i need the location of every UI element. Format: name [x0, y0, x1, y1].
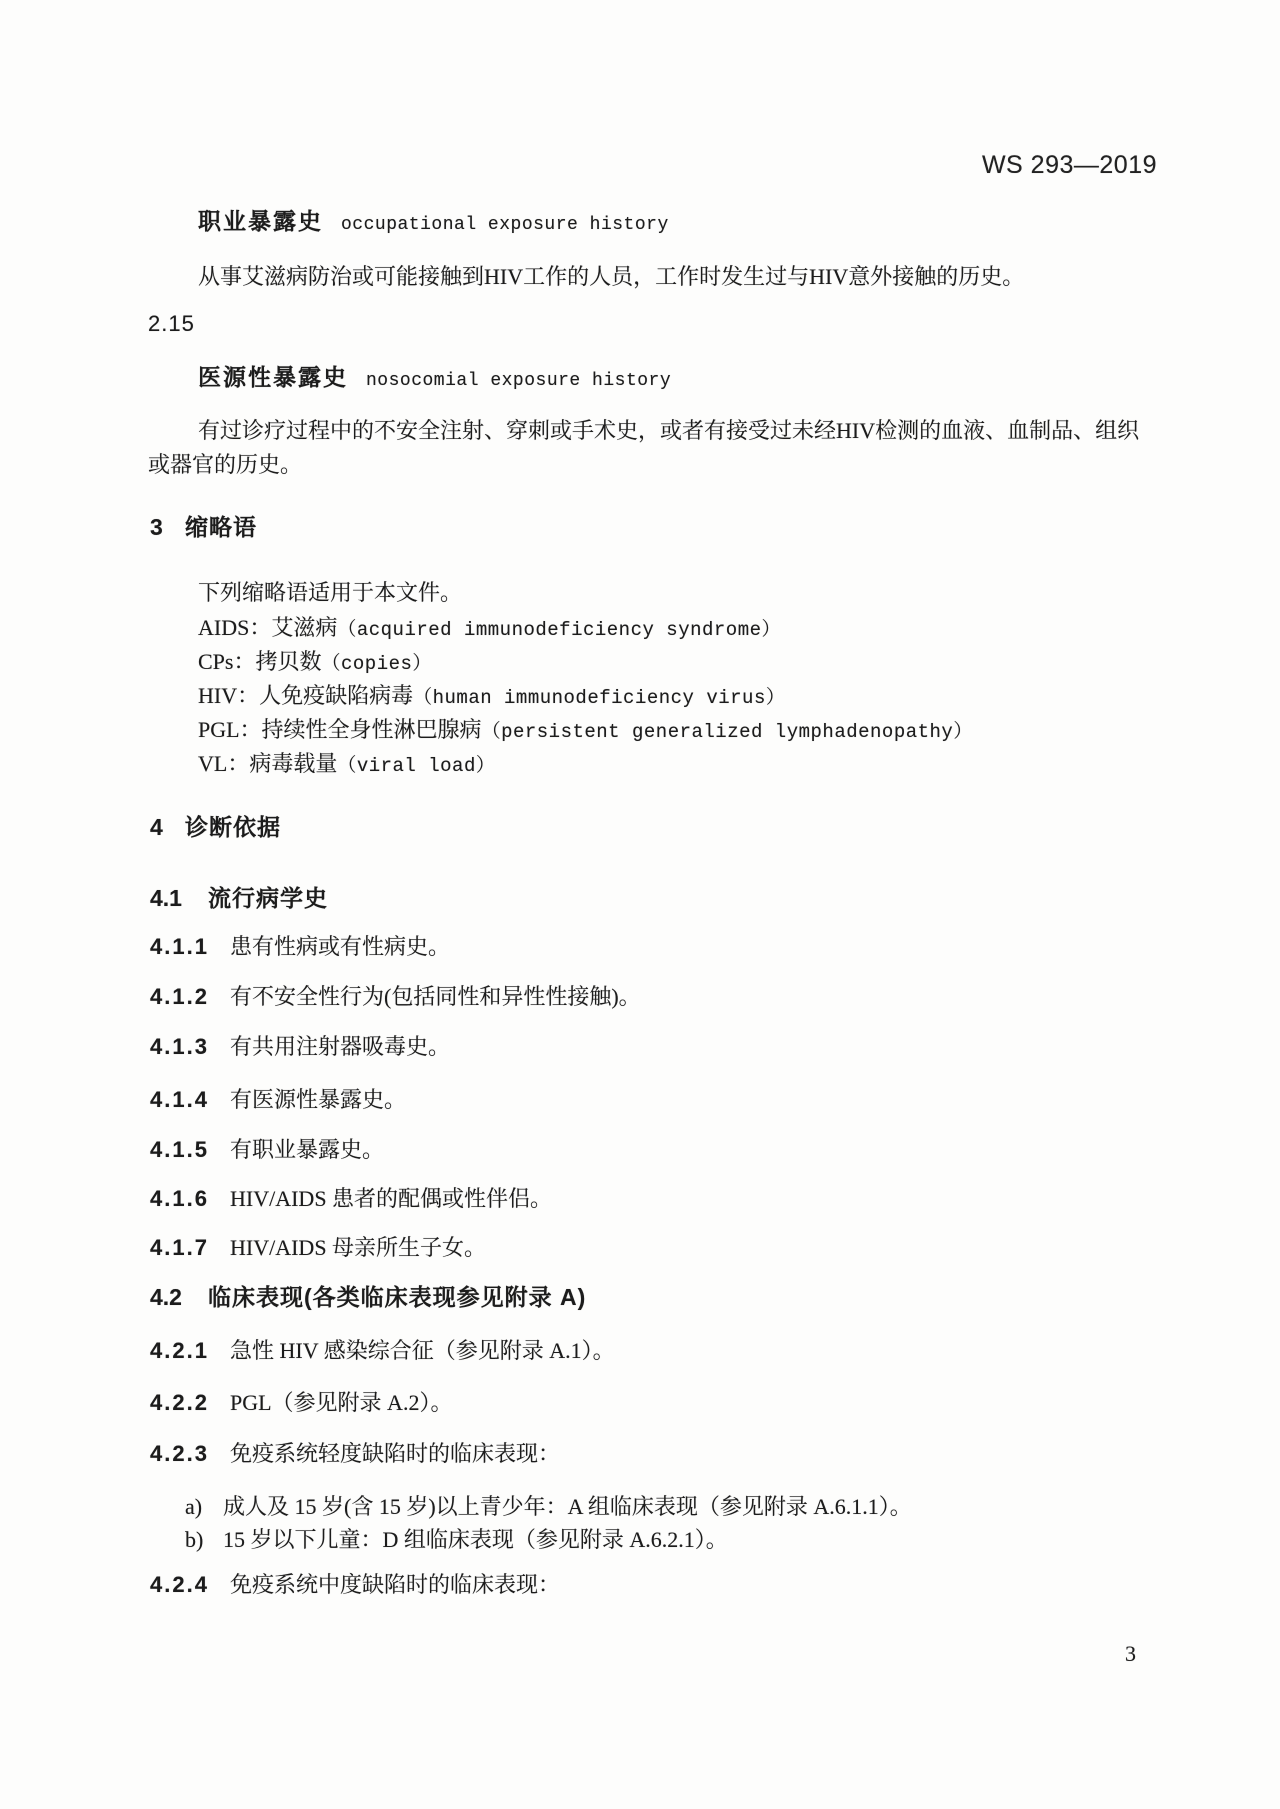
clause-4-1-number: 4.1: [150, 884, 208, 913]
term-occupational-en: occupational exposure history: [341, 215, 669, 235]
abbreviation-hiv: HIV：人免疫缺陷病毒（human immunodeficiency virus…: [198, 682, 785, 711]
clause-3-intro: 下列缩略语适用于本文件。: [198, 579, 462, 607]
clause-4-2-title: 临床表现(各类临床表现参见附录 A): [208, 1284, 586, 1310]
clause-text: 免疫系统中度缺陷时的临床表现：: [230, 1572, 560, 1597]
list-item-text: 15 岁以下儿童：D 组临床表现（参见附录 A.6.2.1）。: [223, 1527, 728, 1552]
abbreviation-vl-en: （viral load）: [337, 755, 495, 777]
clause-number: 4.1.5: [150, 1136, 230, 1164]
abbreviation-vl: VL：病毒载量（viral load）: [198, 750, 495, 779]
clause-text: 免疫系统轻度缺陷时的临床表现：: [230, 1441, 560, 1466]
clause-text: 有不安全性行为(包括同性和异性性接触)。: [230, 984, 641, 1009]
clause-4-1-5: 4.1.5有职业暴露史。: [150, 1136, 384, 1164]
clause-4-1-4: 4.1.4有医源性暴露史。: [150, 1086, 406, 1114]
clause-2-15-number: 2.15: [148, 310, 195, 338]
term-nosocomial-definition-line2: 或器官的历史。: [148, 451, 302, 479]
clause-4-2-3: 4.2.3免疫系统轻度缺陷时的临床表现：: [150, 1440, 560, 1468]
term-occupational-heading: 职业暴露史occupational exposure history: [198, 207, 669, 237]
term-nosocomial-definition-line1: 有过诊疗过程中的不安全注射、穿刺或手术史，或者有接受过未经HIV检测的血液、血制…: [198, 417, 1139, 445]
abbreviation-pgl-zh: PGL：持续性全身性淋巴腺病: [198, 717, 482, 742]
clause-number: 4.1.6: [150, 1185, 230, 1213]
clause-4-1-heading: 4.1流行病学史: [150, 884, 328, 913]
clause-4-1-7: 4.1.7HIV/AIDS 母亲所生子女。: [150, 1234, 486, 1262]
clause-4-2-heading: 4.2临床表现(各类临床表现参见附录 A): [150, 1283, 586, 1312]
clause-4-1-1: 4.1.1患有性病或有性病史。: [150, 933, 450, 961]
term-nosocomial-en: nosocomial exposure history: [366, 371, 671, 391]
standard-number-header: WS 293—2019: [982, 150, 1157, 181]
term-occupational-zh: 职业暴露史: [198, 208, 323, 234]
clause-4-number: 4: [150, 813, 185, 842]
abbreviation-hiv-zh: HIV：人免疫缺陷病毒: [198, 683, 413, 708]
clause-3-number: 3: [150, 513, 185, 542]
clause-text: 有职业暴露史。: [230, 1137, 384, 1162]
clause-number: 4.1.2: [150, 983, 230, 1011]
abbreviation-aids: AIDS：艾滋病（acquired immunodeficiency syndr…: [198, 614, 781, 643]
clause-4-1-title: 流行病学史: [208, 885, 328, 911]
term-nosocomial-zh: 医源性暴露史: [198, 364, 348, 390]
clause-number: 4.2.3: [150, 1440, 230, 1468]
clause-4-1-6: 4.1.6HIV/AIDS 患者的配偶或性伴侣。: [150, 1185, 552, 1213]
clause-text: PGL（参见附录 A.2）。: [230, 1390, 452, 1415]
clause-number: 4.2.4: [150, 1571, 230, 1599]
abbreviation-pgl-en: （persistent generalized lymphadenopathy）: [482, 721, 973, 743]
clause-4-2-4: 4.2.4免疫系统中度缺陷时的临床表现：: [150, 1571, 560, 1599]
abbreviation-aids-zh: AIDS：艾滋病: [198, 615, 337, 640]
list-item-label: a): [185, 1493, 223, 1521]
clause-number: 4.1.3: [150, 1033, 230, 1061]
clause-4-2-3-item-a: a)成人及 15 岁(含 15 岁)以上青少年：A 组临床表现（参见附录 A.6…: [185, 1493, 912, 1521]
clause-number: 4.1.7: [150, 1234, 230, 1262]
clause-number: 4.1.1: [150, 933, 230, 961]
clause-4-heading: 4诊断依据: [150, 813, 281, 842]
clause-4-2-1: 4.2.1急性 HIV 感染综合征（参见附录 A.1）。: [150, 1337, 615, 1365]
term-occupational-definition: 从事艾滋病防治或可能接触到HIV工作的人员，工作时发生过与HIV意外接触的历史。: [198, 263, 1024, 291]
clause-text: 患有性病或有性病史。: [230, 934, 450, 959]
clause-number: 4.2.2: [150, 1389, 230, 1417]
abbreviation-hiv-en: （human immunodeficiency virus）: [413, 687, 785, 709]
abbreviation-cps-en: （copies）: [321, 653, 431, 675]
clause-4-2-number: 4.2: [150, 1283, 208, 1312]
term-nosocomial-heading: 医源性暴露史nosocomial exposure history: [198, 363, 671, 393]
clause-4-1-3: 4.1.3有共用注射器吸毒史。: [150, 1033, 450, 1061]
list-item-text: 成人及 15 岁(含 15 岁)以上青少年：A 组临床表现（参见附录 A.6.1…: [223, 1494, 912, 1519]
clause-4-2-3-item-b: b)15 岁以下儿童：D 组临床表现（参见附录 A.6.2.1）。: [185, 1526, 728, 1554]
clause-text: HIV/AIDS 患者的配偶或性伴侣。: [230, 1186, 552, 1211]
document-page: WS 293—2019 职业暴露史occupational exposure h…: [0, 0, 1280, 1809]
clause-text: 有共用注射器吸毒史。: [230, 1034, 450, 1059]
abbreviation-pgl: PGL：持续性全身性淋巴腺病（persistent generalized ly…: [198, 716, 973, 745]
clause-number: 4.2.1: [150, 1337, 230, 1365]
clause-4-title: 诊断依据: [185, 814, 281, 840]
abbreviation-cps: CPs：拷贝数（copies）: [198, 648, 432, 677]
abbreviation-cps-zh: CPs：拷贝数: [198, 649, 321, 674]
page-number: 3: [1125, 1640, 1136, 1668]
clause-3-heading: 3缩略语: [150, 513, 257, 542]
clause-3-title: 缩略语: [185, 514, 257, 540]
clause-text: 有医源性暴露史。: [230, 1087, 406, 1112]
clause-4-1-2: 4.1.2有不安全性行为(包括同性和异性性接触)。: [150, 983, 641, 1011]
clause-text: HIV/AIDS 母亲所生子女。: [230, 1235, 486, 1260]
abbreviation-aids-en: （acquired immunodeficiency syndrome）: [337, 619, 781, 641]
clause-number: 4.1.4: [150, 1086, 230, 1114]
clause-text: 急性 HIV 感染综合征（参见附录 A.1）。: [230, 1338, 615, 1363]
clause-4-2-2: 4.2.2PGL（参见附录 A.2）。: [150, 1389, 452, 1417]
list-item-label: b): [185, 1526, 223, 1554]
abbreviation-vl-zh: VL：病毒载量: [198, 751, 337, 776]
